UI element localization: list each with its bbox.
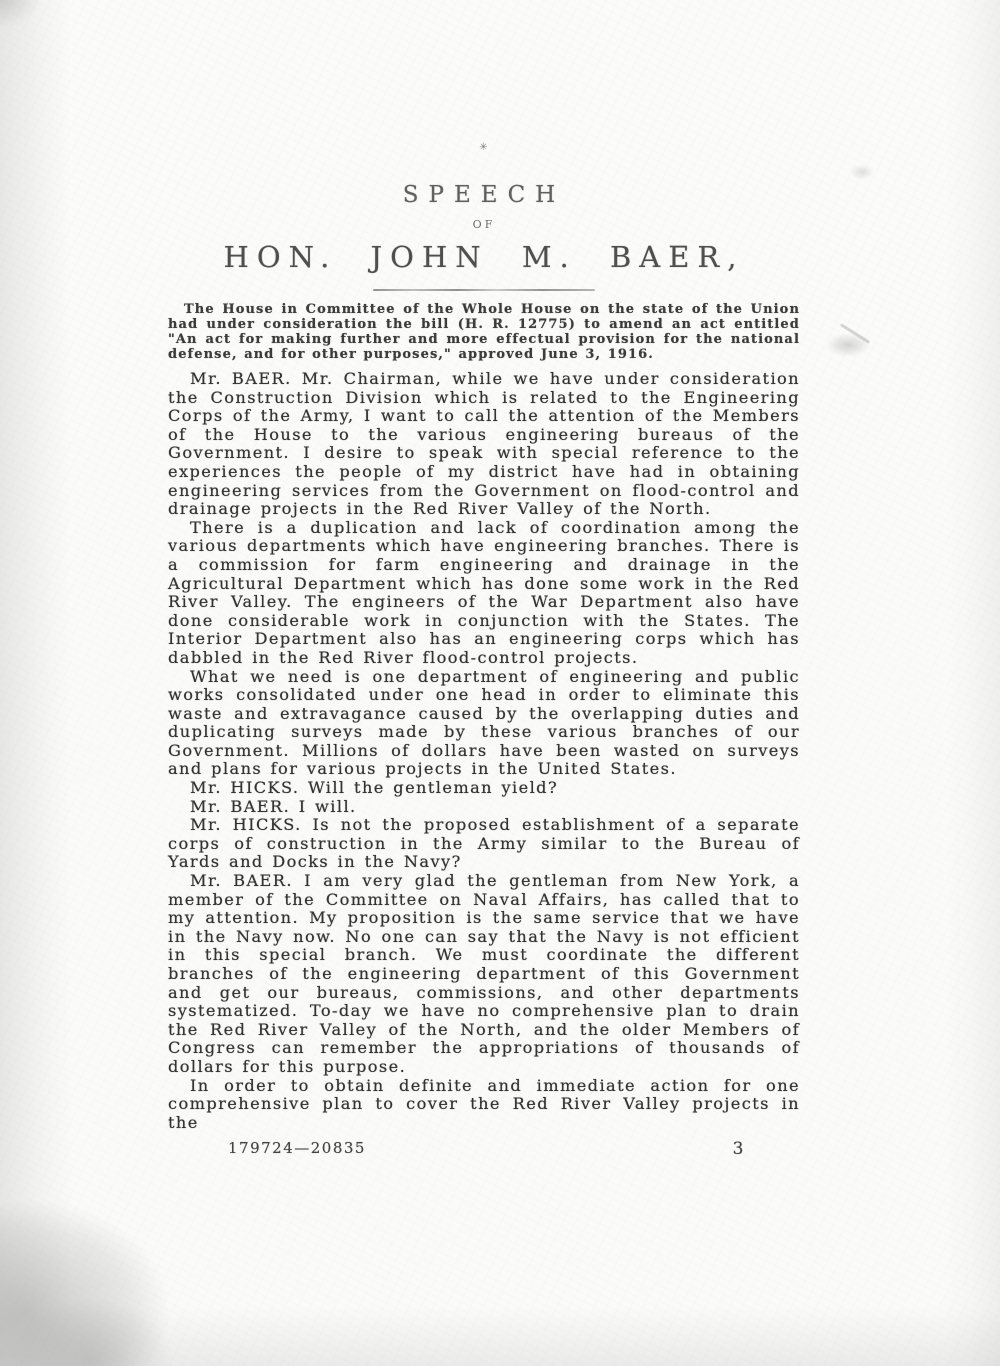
of-label: OF [168, 218, 800, 231]
speech-title: SPEECH [168, 182, 800, 208]
paragraph-in-order-to-obtain: In order to obtain definite and immediat… [168, 1077, 800, 1133]
title-rule [373, 289, 595, 291]
paragraph-hicks-question: Mr. HICKS. Is not the proposed establish… [168, 816, 800, 872]
printer-ornament: ✳ [168, 142, 800, 156]
paragraph-baer-navy-reply: Mr. BAER. I am very glad the gentleman f… [168, 872, 800, 1077]
scanned-page: ✳ SPEECH OF HON. JOHN M. BAER, The House… [0, 0, 1000, 1366]
pencil-mark-artifact [840, 323, 870, 344]
paragraph-baer-i-will: Mr. BAER. I will. [168, 798, 800, 817]
paragraph-hicks-yield: Mr. HICKS. Will the gentleman yield? [168, 779, 800, 798]
paragraph-one-department: What we need is one department of engine… [168, 668, 800, 780]
headnote-paragraph: The House in Committee of the Whole Hous… [168, 302, 800, 362]
print-code: 179724—20835 [168, 1139, 366, 1159]
page-number: 3 [733, 1139, 800, 1159]
author-name: HON. JOHN M. BAER, [168, 240, 800, 274]
page-footer: 179724—20835 3 [168, 1139, 800, 1159]
paragraph-baer-opening: Mr. BAER. Mr. Chairman, while we have un… [168, 370, 800, 519]
page-content: ✳ SPEECH OF HON. JOHN M. BAER, The House… [168, 142, 800, 1159]
paragraph-duplication: There is a duplication and lack of coord… [168, 519, 800, 668]
